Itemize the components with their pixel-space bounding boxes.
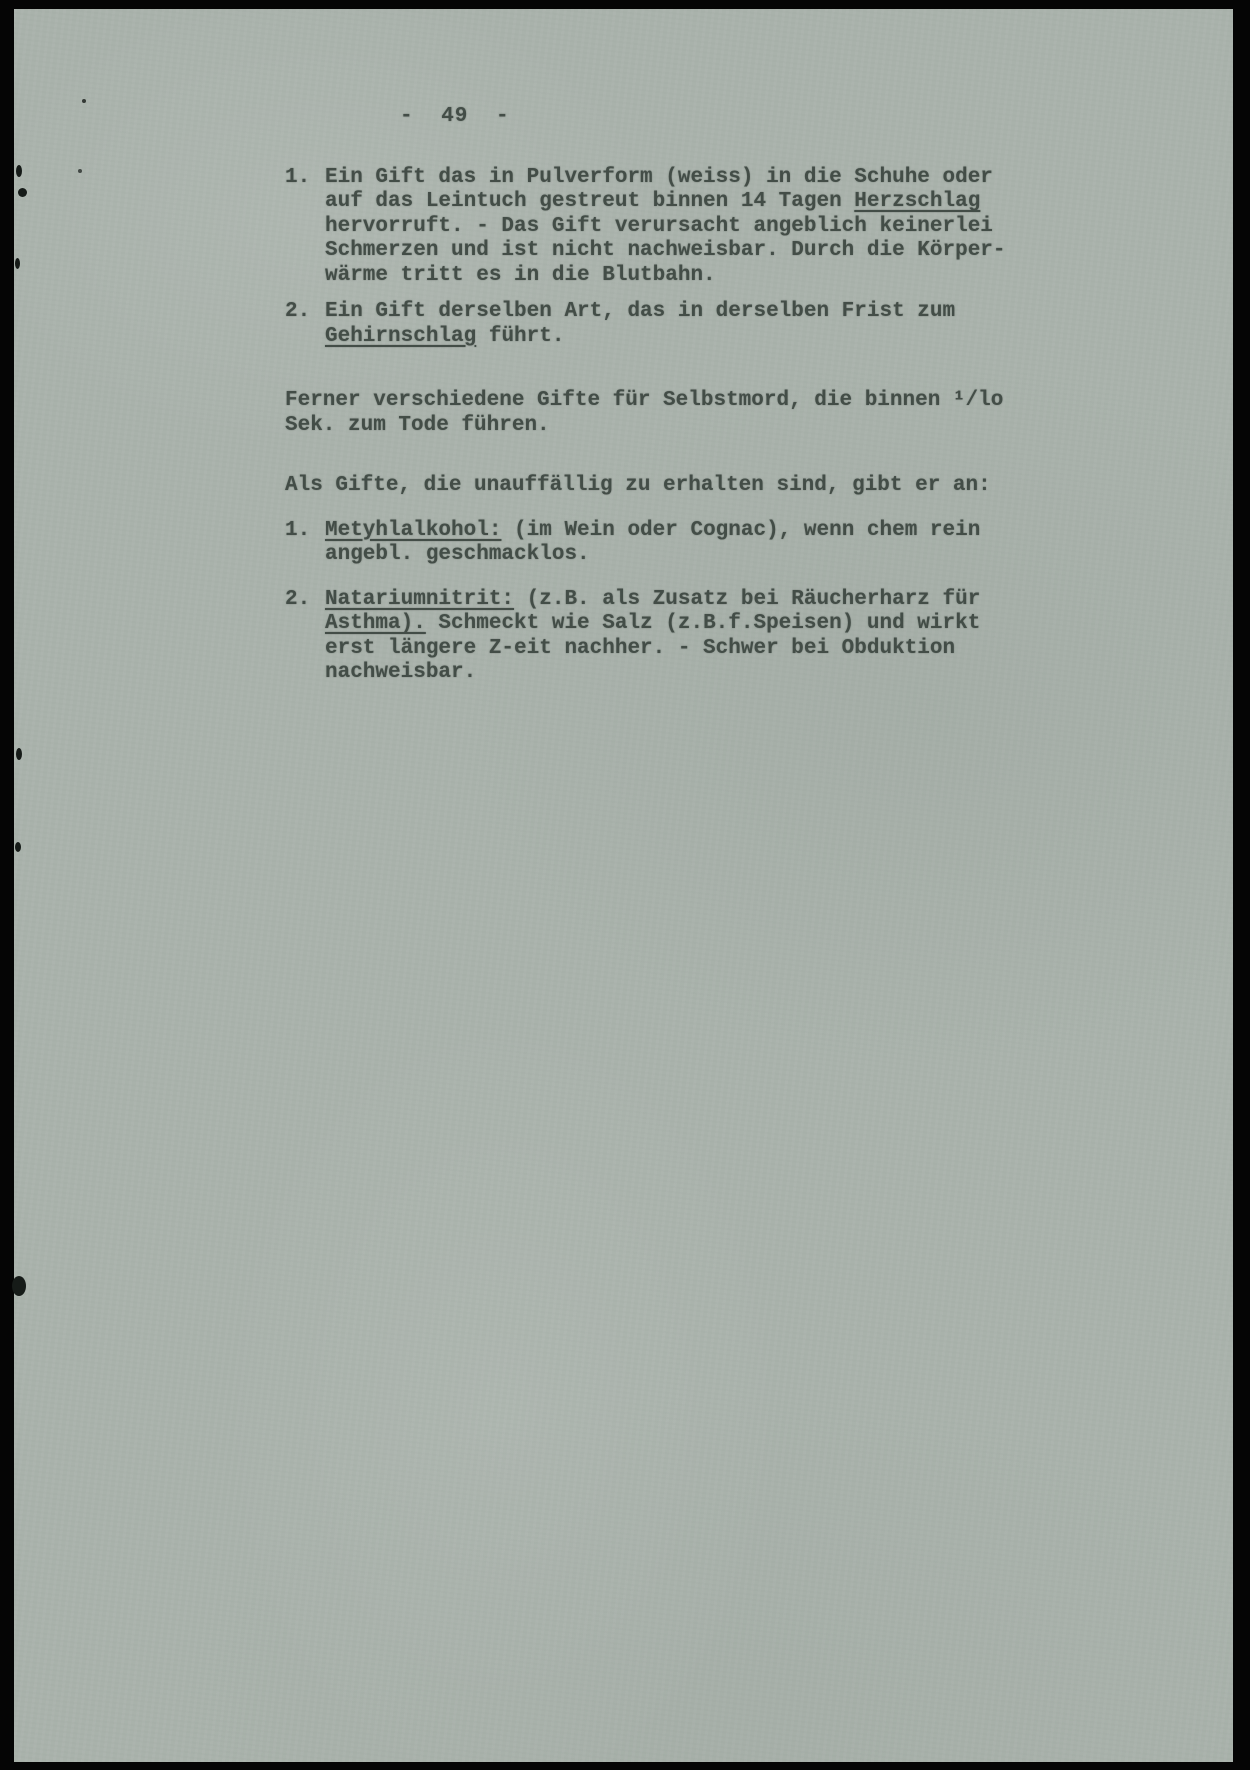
scan-speck bbox=[82, 99, 86, 103]
text-line: Natariumnitrit: (z.B. als Zusatz bei Räu… bbox=[325, 588, 1165, 613]
text-segment: erst längere Z-eit nachher. - Schwer bei… bbox=[325, 637, 955, 660]
text-line: Asthma). Schmeckt wie Salz (z.B.f.Speise… bbox=[325, 612, 1165, 637]
text-line: wärme tritt es in die Blutbahn. bbox=[325, 264, 1165, 289]
text-segment: (im Wein oder Cognac), wenn chem rein bbox=[501, 519, 980, 542]
poison-list-item-2: 2. Ein Gift derselben Art, das in dersel… bbox=[285, 300, 1165, 349]
underlined-term: Asthma). bbox=[325, 612, 426, 635]
text-segment: auf das Leintuch gestreut binnen 14 Tage… bbox=[325, 190, 854, 213]
scan-speck bbox=[18, 188, 27, 197]
scan-speck bbox=[16, 748, 22, 760]
text-segment: Als Gifte, die unauffällig zu erhalten s… bbox=[285, 474, 991, 497]
scan-border-left bbox=[0, 0, 14, 1770]
text-segment: Ein Gift derselben Art, das in derselben… bbox=[325, 300, 955, 323]
scan-root: - 49 - 1. Ein Gift das in Pulverform (we… bbox=[0, 0, 1250, 1770]
item-body: Metyhlalkohol: (im Wein oder Cognac), we… bbox=[325, 519, 1165, 568]
text-segment: Schmeckt wie Salz (z.B.f.Speisen) und wi… bbox=[426, 612, 981, 635]
underlined-term: Herzschlag bbox=[854, 190, 980, 213]
item-body: Ein Gift das in Pulverform (weiss) in di… bbox=[325, 166, 1165, 289]
text-segment: nachweisbar. bbox=[325, 661, 476, 684]
obtainable-list-item-2: 2. Natariumnitrit: (z.B. als Zusatz bei … bbox=[285, 588, 1165, 686]
text-segment: hervorruft. - Das Gift verursacht angebl… bbox=[325, 215, 993, 238]
text-line: Gehirnschlag führt. bbox=[325, 325, 1165, 350]
text-segment: Schmerzen und ist nicht nachweisbar. Dur… bbox=[325, 239, 1006, 262]
text-line: Metyhlalkohol: (im Wein oder Cognac), we… bbox=[325, 519, 1165, 544]
text-segment: Sek. zum Tode führen. bbox=[285, 414, 550, 437]
scan-border-right bbox=[1233, 0, 1250, 1770]
text-segment: Ferner verschiedene Gifte für Selbstmord… bbox=[285, 389, 1003, 412]
item-body: Natariumnitrit: (z.B. als Zusatz bei Räu… bbox=[325, 588, 1165, 686]
text-line: Ein Gift das in Pulverform (weiss) in di… bbox=[325, 166, 1165, 191]
underlined-term: Metyhlalkohol: bbox=[325, 519, 501, 542]
text-line: nachweisbar. bbox=[325, 661, 1165, 686]
paragraph-selbstmord: Ferner verschiedene Gifte für Selbstmord… bbox=[285, 389, 1165, 438]
underlined-term: Gehirnschlag bbox=[325, 325, 476, 348]
document-page: - 49 - 1. Ein Gift das in Pulverform (we… bbox=[14, 9, 1233, 1762]
text-segment: wärme tritt es in die Blutbahn. bbox=[325, 264, 716, 287]
item-number: 2. bbox=[285, 300, 325, 349]
text-segment: angebl. geschmacklos. bbox=[325, 543, 590, 566]
text-line: angebl. geschmacklos. bbox=[325, 543, 1165, 568]
underlined-term: Natariumnitrit: bbox=[325, 588, 514, 611]
text-line: Sek. zum Tode führen. bbox=[285, 414, 1165, 439]
item-number: 2. bbox=[285, 588, 325, 686]
poison-list-item-1: 1. Ein Gift das in Pulverform (weiss) in… bbox=[285, 166, 1165, 289]
scan-speck bbox=[78, 169, 82, 173]
document-content: 1. Ein Gift das in Pulverform (weiss) in… bbox=[285, 166, 1165, 686]
scan-speck bbox=[15, 258, 20, 269]
text-segment: führt. bbox=[476, 325, 564, 348]
item-number: 1. bbox=[285, 519, 325, 568]
item-number: 1. bbox=[285, 166, 325, 289]
text-line: hervorruft. - Das Gift verursacht angebl… bbox=[325, 215, 1165, 240]
text-line: Ein Gift derselben Art, das in derselben… bbox=[325, 300, 1165, 325]
scan-speck bbox=[16, 165, 22, 177]
text-line: Schmerzen und ist nicht nachweisbar. Dur… bbox=[325, 239, 1165, 264]
scan-speck bbox=[12, 1276, 26, 1296]
item-body: Ein Gift derselben Art, das in derselben… bbox=[325, 300, 1165, 349]
text-line: auf das Leintuch gestreut binnen 14 Tage… bbox=[325, 190, 1165, 215]
text-segment: Ein Gift das in Pulverform (weiss) in di… bbox=[325, 166, 993, 189]
scan-speck bbox=[15, 842, 21, 852]
obtainable-list-item-1: 1. Metyhlalkohol: (im Wein oder Cognac),… bbox=[285, 519, 1165, 568]
text-line: Als Gifte, die unauffällig zu erhalten s… bbox=[285, 474, 1165, 499]
page-number: - 49 - bbox=[400, 105, 1233, 130]
scan-border-bottom bbox=[0, 1762, 1250, 1770]
scan-border-top bbox=[0, 0, 1250, 9]
text-line: Ferner verschiedene Gifte für Selbstmord… bbox=[285, 389, 1165, 414]
text-segment: (z.B. als Zusatz bei Räucherharz für bbox=[514, 588, 980, 611]
text-line: erst längere Z-eit nachher. - Schwer bei… bbox=[325, 637, 1165, 662]
paragraph-intro: Als Gifte, die unauffällig zu erhalten s… bbox=[285, 474, 1165, 499]
